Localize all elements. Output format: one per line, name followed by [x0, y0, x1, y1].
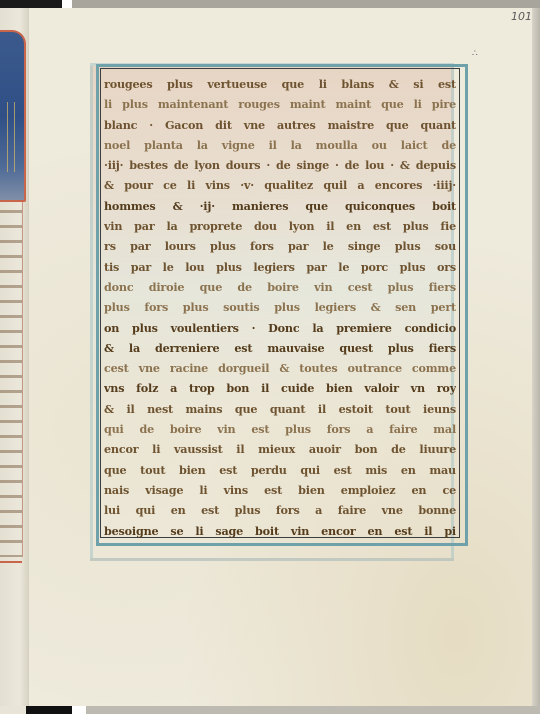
text-line: blanc · Gacon dit vne autres maistre que… [104, 115, 456, 135]
miniature-illustration [0, 30, 26, 202]
text-line: nais visage li vins est bien emploiez en… [104, 480, 456, 500]
text-line: li plus maintenant rouges maint maint qu… [104, 94, 456, 114]
margin-mark: ∴ [472, 49, 478, 59]
text-line: vns folz a trop bon il cuide bien valoir… [104, 378, 456, 398]
text-line: rs par lours plus fors par le singe plus… [104, 236, 456, 256]
text-line: qui de boire vin est plus fors a faire m… [104, 419, 456, 439]
facing-page [0, 8, 28, 706]
folio-number: 101 [511, 10, 532, 23]
text-block: rougees plus vertueuse que li blans & si… [104, 74, 456, 541]
text-line: plus fors plus soutis plus legiers & sen… [104, 297, 456, 317]
text-line: & pour ce li vins ·v· qualitez quil a en… [104, 175, 456, 195]
text-line: rougees plus vertueuse que li blans & si… [104, 74, 456, 94]
text-line: tis par le lou plus legiers par le porc … [104, 257, 456, 277]
text-line: vin par la proprete dou lyon il en est p… [104, 216, 456, 236]
text-line: noel planta la vigne il la moulla ou lai… [104, 135, 456, 155]
text-line: ·iij· bestes de lyon dours · de singe · … [104, 155, 456, 175]
text-line: donc diroie que de boire vin cest plus f… [104, 277, 456, 297]
text-line: besoigne se li sage boit vin encor en es… [104, 521, 456, 541]
text-line: hommes & ·ij· manieres que quiconques bo… [104, 196, 456, 216]
text-line: encor li vaussist il mieux auoir bon de … [104, 439, 456, 459]
scan-background-bottom [0, 706, 540, 714]
text-line: & il nest mains que quant il estoit tout… [104, 399, 456, 419]
text-line: cest vne racine dorgueil & toutes outran… [104, 358, 456, 378]
text-line: on plus voulentiers · Donc la premiere c… [104, 318, 456, 338]
facing-page-text-column [0, 202, 23, 557]
page-edge-right [532, 8, 540, 706]
text-line: & la derreniere est mauvaise quest plus … [104, 338, 456, 358]
text-line: que tout bien est perdu qui est mis en m… [104, 460, 456, 480]
text-line: lui qui en est plus fors a faire vne bon… [104, 500, 456, 520]
scan-background-top [0, 0, 540, 8]
